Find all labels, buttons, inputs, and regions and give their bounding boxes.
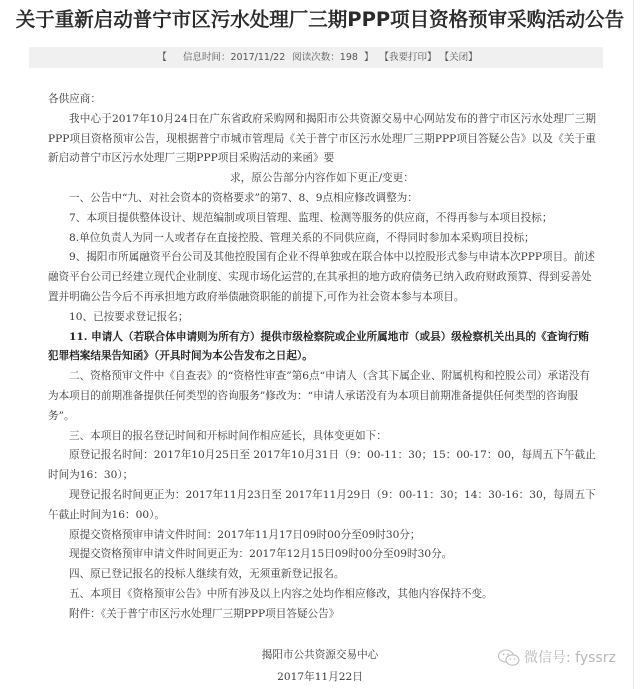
salutation: 各供应商： — [48, 90, 596, 110]
signature-org: 揭阳市公共资源交易中心 — [200, 647, 440, 662]
attachment-link[interactable]: 附件：《关于普宁市区污水处理厂三期PPP项目答疑公告》 — [48, 605, 596, 625]
paragraph-intro: 我中心于2017年10月24日在广东省政府采购网和揭阳市公共资源交易中心网站发布… — [48, 110, 596, 169]
paragraph-section-5: 五、本项目《资格预审公告》中所有涉及以上内容之处均作相应修改，其他内容保持不变。 — [48, 585, 596, 605]
page-right-border — [633, 0, 634, 689]
paragraph-item-7: 7、本项目提供整体设计、规范编制或项目管理、监理、检测等服务的供应商，不得再参与… — [48, 209, 596, 229]
watermark-text: 微信号: fyssrz — [524, 650, 616, 666]
paragraph-item-9: 9、揭阳市所属融资平台公司及其他控股国有企业不得单独或在联合体中以控股形式参与申… — [48, 248, 596, 307]
print-link[interactable]: 【我要打印】 — [380, 47, 437, 68]
paragraph-section-3: 三、本项目的报名登记时间和开标时间作相应延长，具体变更如下： — [48, 427, 596, 447]
paragraph-new-registration: 现登记报名时间更正为：2017年11月23日至 2017年11月29日（9：00… — [48, 486, 596, 526]
read-count: 198 — [340, 47, 358, 68]
paragraph-item-10: 10、已按要求登记报名； — [48, 308, 596, 328]
paragraph-intro-end: 求，原公告部分内容作如下更正/变更： — [48, 169, 596, 189]
paragraph-section-2: 二、资格预审文件中《自查表》的“资格性审查”第6点“申请人（含其下属企业、附属机… — [48, 367, 596, 426]
paragraph-original-submission: 原提交资格预审申请文件时间：2017年11月17日09时00分至09时30分； — [48, 526, 596, 546]
paragraph-item-8: 8.单位负责人为同一人或者存在直接控股、管理关系的不同供应商，不得同时参加本采购… — [48, 229, 596, 249]
info-close-bracket: 】 — [364, 47, 374, 68]
paragraph-new-submission: 现提交资格预审申请文件时间更正为：2017年12月15日09时00分至09时30… — [48, 545, 596, 565]
publish-time-label: 信息时间： — [183, 47, 231, 68]
read-count-label: 阅读次数： — [292, 47, 340, 68]
info-open-bracket: 【 — [157, 47, 167, 68]
announcement-body: 各供应商： 我中心于2017年10月24日在广东省政府采购网和揭阳市公共资源交易… — [48, 90, 596, 625]
info-bar: 【 信息时间：2017/11/22 阅读次数：198 】 【我要打印】 【关闭】 — [29, 47, 603, 68]
page-title: 关于重新启动普宁市区污水处理厂三期PPP项目资格预审采购活动公告 — [0, 6, 640, 34]
close-link[interactable]: 【关闭】 — [440, 47, 478, 68]
paragraph-section-4: 四、原已登记报名的投标人继续有效，无须重新登记报名。 — [48, 565, 596, 585]
publish-time: 2017/11/22 — [230, 47, 285, 68]
wechat-watermark: 微信号: fyssrz — [497, 647, 616, 669]
paragraph-section-1: 一、公告中“九、对社会资本的资格要求”的第7、8、9点相应修改调整为： — [48, 189, 596, 209]
paragraph-item-11: 11. 申请人（若联合体申请则为所有方）提供市级检察院或企业所属地市（或县）级检… — [48, 328, 596, 368]
paragraph-original-registration: 原登记报名时间：2017年10月25日至 2017年10月31日（9：00-11… — [48, 446, 596, 486]
wechat-icon — [497, 648, 521, 668]
signature-date: 2017年11月22日 — [200, 669, 440, 684]
